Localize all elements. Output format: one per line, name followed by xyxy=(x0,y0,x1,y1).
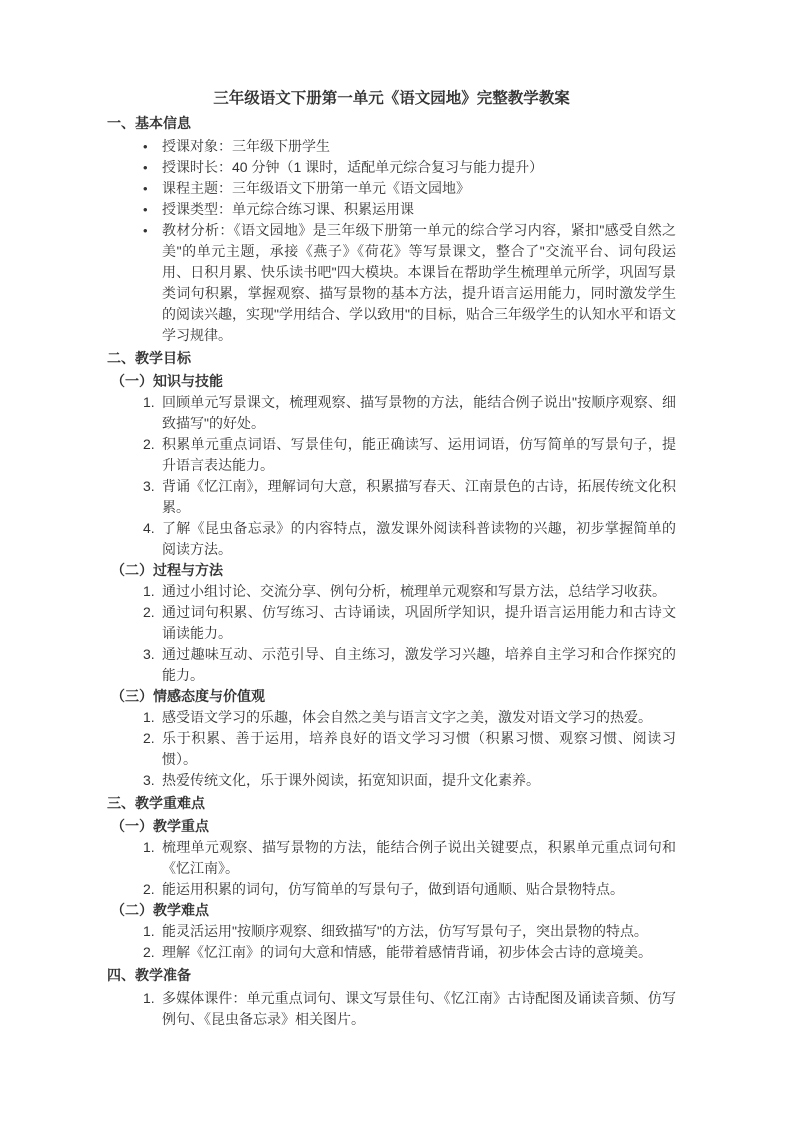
section-heading: 四、教学准备 xyxy=(107,965,676,986)
list-item-text: 多媒体课件：单元重点词句、课文写景佳句、《忆江南》古诗配图及诵读音频、仿写例句、… xyxy=(162,988,676,1030)
item-number: 2. xyxy=(143,728,162,770)
list-item: •课程主题：三年级语文下册第一单元《语文园地》 xyxy=(107,178,676,199)
list-item: 4.了解《昆虫备忘录》的内容特点，激发课外阅读科普读物的兴趣，初步掌握简单的阅读… xyxy=(107,518,676,560)
item-number: 2. xyxy=(143,434,162,476)
section-heading: 二、教学目标 xyxy=(107,348,676,369)
subsection-heading: （一）知识与技能 xyxy=(111,371,676,392)
list-item: 1.通过小组讨论、交流分享、例句分析，梳理单元观察和写景方法，总结学习收获。 xyxy=(107,581,676,602)
list-item-text: 授课对象：三年级下册学生 xyxy=(162,136,676,157)
numbered-list: 1.通过小组讨论、交流分享、例句分析，梳理单元观察和写景方法，总结学习收获。2.… xyxy=(107,581,676,686)
list-item: 2.通过词句积累、仿写练习、古诗诵读，巩固所学知识，提升语言运用能力和古诗文诵读… xyxy=(107,602,676,644)
list-item: 1.梳理单元观察、描写景物的方法，能结合例子说出关键要点，积累单元重点词句和《忆… xyxy=(107,837,676,879)
item-number: 1. xyxy=(143,707,162,728)
list-item: 3.通过趣味互动、示范引导、自主练习，激发学习兴趣，培养自主学习和合作探究的能力… xyxy=(107,644,676,686)
list-item-text: 通过词句积累、仿写练习、古诗诵读，巩固所学知识，提升语言运用能力和古诗文诵读能力… xyxy=(162,602,676,644)
list-item: 2.乐于积累、善于运用，培养良好的语文学习习惯（积累习惯、观察习惯、阅读习惯）。 xyxy=(107,728,676,770)
numbered-list: 1.梳理单元观察、描写景物的方法，能结合例子说出关键要点，积累单元重点词句和《忆… xyxy=(107,837,676,900)
list-item: •教材分析：《语文园地》是三年级下册第一单元的综合学习内容，紧扣"感受自然之美"… xyxy=(107,220,676,346)
item-number: 2. xyxy=(143,942,162,963)
bullet-icon: • xyxy=(143,199,162,220)
list-item: 1.回顾单元写景课文，梳理观察、描写景物的方法，能结合例子说出"按顺序观察、细致… xyxy=(107,392,676,434)
item-number: 2. xyxy=(143,879,162,900)
item-number: 1. xyxy=(143,837,162,879)
document-page: 三年级语文下册第一单元《语文园地》完整教学教案 一、基本信息•授课对象：三年级下… xyxy=(0,0,794,1123)
section-heading: 一、基本信息 xyxy=(107,113,676,134)
subsection-heading: （二）教学难点 xyxy=(111,900,676,921)
list-item: •授课时长：40 分钟（1 课时，适配单元综合复习与能力提升） xyxy=(107,157,676,178)
list-item-text: 通过趣味互动、示范引导、自主练习，激发学习兴趣，培养自主学习和合作探究的能力。 xyxy=(162,644,676,686)
list-item-text: 感受语文学习的乐趣，体会自然之美与语言文字之美，激发对语文学习的热爱。 xyxy=(162,707,676,728)
item-number: 1. xyxy=(143,392,162,434)
list-item: •授课对象：三年级下册学生 xyxy=(107,136,676,157)
subsection-heading: （三）情感态度与价值观 xyxy=(111,686,676,707)
list-item-text: 热爱传统文化，乐于课外阅读，拓宽知识面，提升文化素养。 xyxy=(162,770,676,791)
list-item-text: 通过小组讨论、交流分享、例句分析，梳理单元观察和写景方法，总结学习收获。 xyxy=(162,581,676,602)
item-number: 1. xyxy=(143,988,162,1030)
list-item-text: 课程主题：三年级语文下册第一单元《语文园地》 xyxy=(162,178,676,199)
bullet-icon: • xyxy=(143,220,162,346)
list-item-text: 理解《忆江南》的词句大意和情感，能带着感情背诵，初步体会古诗的意境美。 xyxy=(162,942,676,963)
numbered-list: 1.回顾单元写景课文，梳理观察、描写景物的方法，能结合例子说出"按顺序观察、细致… xyxy=(107,392,676,560)
list-item: 2.能运用积累的词句，仿写简单的写景句子，做到语句通顺、贴合景物特点。 xyxy=(107,879,676,900)
list-item-text: 回顾单元写景课文，梳理观察、描写景物的方法，能结合例子说出"按顺序观察、细致描写… xyxy=(162,392,676,434)
numbered-list: 1.感受语文学习的乐趣，体会自然之美与语言文字之美，激发对语文学习的热爱。2.乐… xyxy=(107,707,676,791)
subsection-heading: （一）教学重点 xyxy=(111,816,676,837)
list-item-text: 教材分析：《语文园地》是三年级下册第一单元的综合学习内容，紧扣"感受自然之美"的… xyxy=(162,220,676,346)
bullet-list: •授课对象：三年级下册学生•授课时长：40 分钟（1 课时，适配单元综合复习与能… xyxy=(107,136,676,346)
list-item-text: 积累单元重点词语、写景佳句，能正确读写、运用词语，仿写简单的写景句子，提升语言表… xyxy=(162,434,676,476)
list-item: 1.感受语文学习的乐趣，体会自然之美与语言文字之美，激发对语文学习的热爱。 xyxy=(107,707,676,728)
item-number: 1. xyxy=(143,921,162,942)
page-title: 三年级语文下册第一单元《语文园地》完整教学教案 xyxy=(107,88,676,109)
list-item-text: 授课类型：单元综合练习课、积累运用课 xyxy=(162,199,676,220)
bullet-icon: • xyxy=(143,157,162,178)
list-item: 2.积累单元重点词语、写景佳句，能正确读写、运用词语，仿写简单的写景句子，提升语… xyxy=(107,434,676,476)
document-body: 一、基本信息•授课对象：三年级下册学生•授课时长：40 分钟（1 课时，适配单元… xyxy=(107,113,676,1030)
list-item-text: 了解《昆虫备忘录》的内容特点，激发课外阅读科普读物的兴趣，初步掌握简单的阅读方法… xyxy=(162,518,676,560)
item-number: 2. xyxy=(143,602,162,644)
list-item-text: 梳理单元观察、描写景物的方法，能结合例子说出关键要点，积累单元重点词句和《忆江南… xyxy=(162,837,676,879)
item-number: 3. xyxy=(143,770,162,791)
bullet-icon: • xyxy=(143,178,162,199)
list-item-text: 能运用积累的词句，仿写简单的写景句子，做到语句通顺、贴合景物特点。 xyxy=(162,879,676,900)
bullet-icon: • xyxy=(143,136,162,157)
list-item-text: 能灵活运用"按顺序观察、细致描写"的方法，仿写写景句子，突出景物的特点。 xyxy=(162,921,676,942)
list-item: 3.背诵《忆江南》，理解词句大意，积累描写春天、江南景色的古诗，拓展传统文化积累… xyxy=(107,476,676,518)
list-item: 2.理解《忆江南》的词句大意和情感，能带着感情背诵，初步体会古诗的意境美。 xyxy=(107,942,676,963)
list-item-text: 乐于积累、善于运用，培养良好的语文学习习惯（积累习惯、观察习惯、阅读习惯）。 xyxy=(162,728,676,770)
list-item: 3.热爱传统文化，乐于课外阅读，拓宽知识面，提升文化素养。 xyxy=(107,770,676,791)
list-item: 1.多媒体课件：单元重点词句、课文写景佳句、《忆江南》古诗配图及诵读音频、仿写例… xyxy=(107,988,676,1030)
item-number: 3. xyxy=(143,644,162,686)
numbered-list: 1.多媒体课件：单元重点词句、课文写景佳句、《忆江南》古诗配图及诵读音频、仿写例… xyxy=(107,988,676,1030)
section-heading: 三、教学重难点 xyxy=(107,793,676,814)
list-item: •授课类型：单元综合练习课、积累运用课 xyxy=(107,199,676,220)
list-item: 1.能灵活运用"按顺序观察、细致描写"的方法，仿写写景句子，突出景物的特点。 xyxy=(107,921,676,942)
item-number: 1. xyxy=(143,581,162,602)
numbered-list: 1.能灵活运用"按顺序观察、细致描写"的方法，仿写写景句子，突出景物的特点。2.… xyxy=(107,921,676,963)
subsection-heading: （二）过程与方法 xyxy=(111,560,676,581)
list-item-text: 授课时长：40 分钟（1 课时，适配单元综合复习与能力提升） xyxy=(162,157,676,178)
list-item-text: 背诵《忆江南》，理解词句大意，积累描写春天、江南景色的古诗，拓展传统文化积累。 xyxy=(162,476,676,518)
item-number: 3. xyxy=(143,476,162,518)
item-number: 4. xyxy=(143,518,162,560)
